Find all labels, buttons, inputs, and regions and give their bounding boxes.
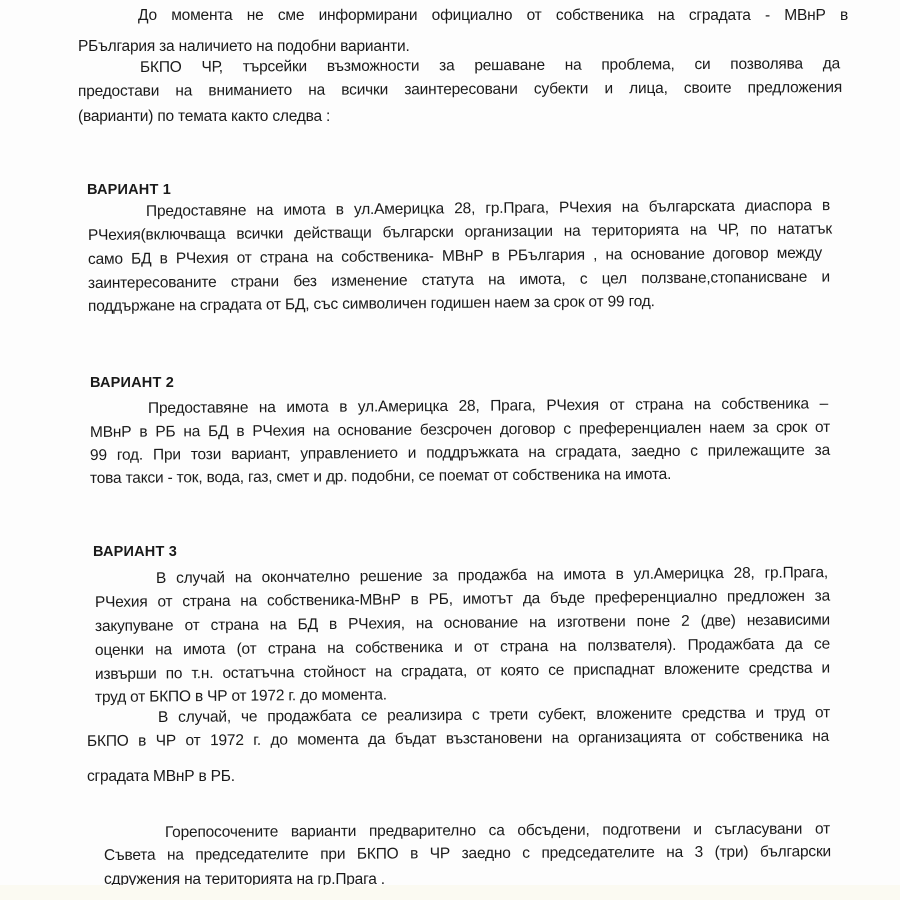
text-line: извърши по т.н. остатъчна стойност на сг…: [95, 659, 830, 684]
variant-1-heading: ВАРИАНТ 1: [87, 182, 171, 198]
variant-3-line-3: закупуване от страна на БД в РЧехия, на …: [95, 611, 830, 636]
variant-2-line-2: МВнР в РБ на БД в РЧехия на основание бе…: [90, 418, 830, 442]
text-line: само БД в РЧехия от страна на собственик…: [88, 244, 822, 269]
text-line: РЧехия(включваща всички действащи българ…: [88, 220, 832, 245]
variant-1-line-1: Предоставяне на имота в ул.Америцка 28, …: [146, 196, 830, 221]
variant-3-line-5: извърши по т.н. остатъчна стойност на сг…: [95, 659, 830, 684]
text-line: 99 год. При този вариант, управлението и…: [90, 441, 830, 465]
text-line: В случай на окончателно решение за прода…: [156, 563, 828, 588]
variant-2-heading: ВАРИАНТ 2: [90, 375, 174, 391]
intro-paragraph-2-line-3: (варианти) по темата както следва :: [78, 107, 330, 126]
intro-paragraph-2-line-2: предостави на вниманието на всички заинт…: [78, 78, 842, 101]
variant-1-line-4: заинтересованите страни без изменение ст…: [88, 268, 830, 293]
variant-1-line-3: само БД в РЧехия от страна на собственик…: [88, 244, 822, 269]
variant-3-sub-line-3: сградата МВнР в РБ.: [87, 767, 235, 786]
closing-line-2: Съвета на председателите при БКПО в ЧР з…: [104, 842, 831, 865]
variant-3-line-2: РЧехия от страна на собственика-МВнР в Р…: [95, 587, 830, 612]
intro-paragraph-1-line-1: До момента не сме информирани официално …: [138, 6, 848, 25]
variant-1-line-5: поддържане на сградата от БД, със символ…: [88, 292, 655, 316]
variant-3-sub-line-1: В случай, че продажбата се реализира с т…: [158, 703, 830, 727]
text-line: РЧехия от страна на собственика-МВнР в Р…: [95, 587, 830, 612]
text-line: БКПО в ЧР от 1972 г. до момента да бъдат…: [87, 727, 829, 751]
intro-paragraph-1-line-2: РБългария за наличието на подобни вариан…: [78, 37, 410, 56]
text-line: БКПО ЧР, търсейки възможности за решаван…: [140, 54, 840, 77]
text-line: Предоставяне на имота в ул.Америцка 28, …: [148, 394, 828, 418]
variant-3-sub-line-2: БКПО в ЧР от 1972 г. до момента да бъдат…: [87, 727, 829, 751]
variant-2-line-1: Предоставяне на имота в ул.Америцка 28, …: [148, 394, 828, 418]
variant-3-line-4: оценки на имота (от страна на собственик…: [95, 635, 830, 660]
variant-3-line-6: труд от БКПО в ЧР от 1972 г. до момента.: [95, 685, 387, 707]
text-line: предостави на вниманието на всички заинт…: [78, 78, 842, 101]
text-line: закупуване от страна на БД в РЧехия, на …: [95, 611, 830, 636]
text-line: оценки на имота (от страна на собственик…: [95, 635, 830, 660]
intro-paragraph-2-line-1: БКПО ЧР, търсейки възможности за решаван…: [140, 54, 840, 77]
variant-2-line-3: 99 год. При този вариант, управлението и…: [90, 441, 830, 465]
text-line: Съвета на председателите при БКПО в ЧР з…: [104, 842, 831, 865]
variant-2-line-4: това такси - ток, вода, газ, смет и др. …: [90, 465, 671, 488]
text-line: До момента не сме информирани официално …: [138, 6, 848, 25]
variant-3-heading: ВАРИАНТ 3: [93, 544, 177, 560]
text-line: Предоставяне на имота в ул.Америцка 28, …: [146, 196, 830, 221]
variant-3-line-1: В случай на окончателно решение за прода…: [156, 563, 828, 588]
text-line: Горепосочените варианти предварително са…: [165, 820, 830, 842]
text-line: МВнР в РБ на БД в РЧехия на основание бе…: [90, 418, 830, 442]
scanned-document-page: До момента не сме информирани официално …: [0, 0, 900, 900]
scan-edge-tint: [0, 885, 900, 900]
variant-1-line-2: РЧехия(включваща всички действащи българ…: [88, 220, 832, 245]
text-line: заинтересованите страни без изменение ст…: [88, 268, 830, 293]
text-line: В случай, че продажбата се реализира с т…: [158, 703, 830, 727]
closing-line-1: Горепосочените варианти предварително са…: [165, 820, 830, 842]
